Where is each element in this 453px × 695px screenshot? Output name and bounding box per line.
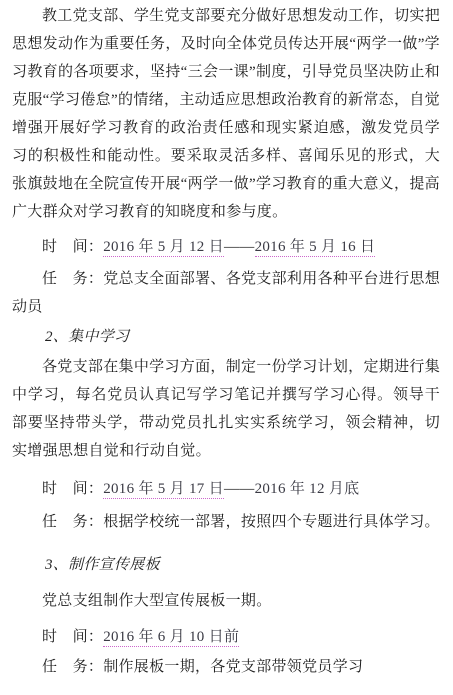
task-label: 任 务：	[42, 514, 103, 530]
paragraph-display-board: 党总支组制作大型宣传展板一期。	[12, 587, 440, 615]
document-page: 教工党支部、学生党支部要充分做好思想发动工作，切实把思想发动作为重要任务，及时向…	[0, 0, 453, 695]
paragraph-centralized-study: 各党支部在集中学习方面，制定一份学习计划，定期进行集中学习，每名党员认真记写学习…	[12, 353, 440, 465]
task-line-3: 任 务：制作展板一期，各党支部带领党员学习	[12, 653, 440, 681]
section-heading-2: 2、集中学习	[12, 323, 440, 351]
task-line-2: 任 务：根据学校统一部署，按照四个专题进行具体学习。	[12, 508, 440, 536]
time-label: 时 间：	[42, 481, 103, 497]
time-line-1: 时 间：2016 年 5 月 12 日——2016 年 5 月 16 日	[12, 233, 440, 261]
date-range-start: 2016 年 5 月 12 日	[103, 239, 224, 257]
section-heading-3: 3、制作宣传展板	[12, 551, 440, 579]
date-dash: ——	[224, 239, 255, 255]
task-label: 任 务：	[42, 659, 103, 675]
date-range-start: 2016 年 5 月 17 日	[103, 481, 224, 499]
time-line-2: 时 间：2016 年 5 月 17 日——2016 年 12 月底	[12, 475, 440, 503]
date-range-end: 2016 年 12 月底	[255, 481, 360, 497]
task-text: 根据学校统一部署，按照四个专题进行具体学习。	[103, 514, 440, 530]
task-label: 任 务：	[42, 271, 103, 287]
time-line-3: 时 间：2016 年 6 月 10 日前	[12, 623, 440, 651]
date-dash: ——	[224, 481, 255, 497]
time-label: 时 间：	[42, 239, 103, 255]
task-line-1: 任 务：党总支全面部署、各党支部利用各种平台进行思想动员	[12, 265, 440, 321]
date-deadline: 2016 年 6 月 10 日前	[103, 629, 239, 647]
time-label: 时 间：	[42, 629, 103, 645]
date-range-end: 2016 年 5 月 16 日	[255, 239, 376, 257]
task-text: 制作展板一期，各党支部带领党员学习	[103, 659, 363, 675]
paragraph-mobilization: 教工党支部、学生党支部要充分做好思想发动工作，切实把思想发动作为重要任务，及时向…	[12, 2, 440, 226]
